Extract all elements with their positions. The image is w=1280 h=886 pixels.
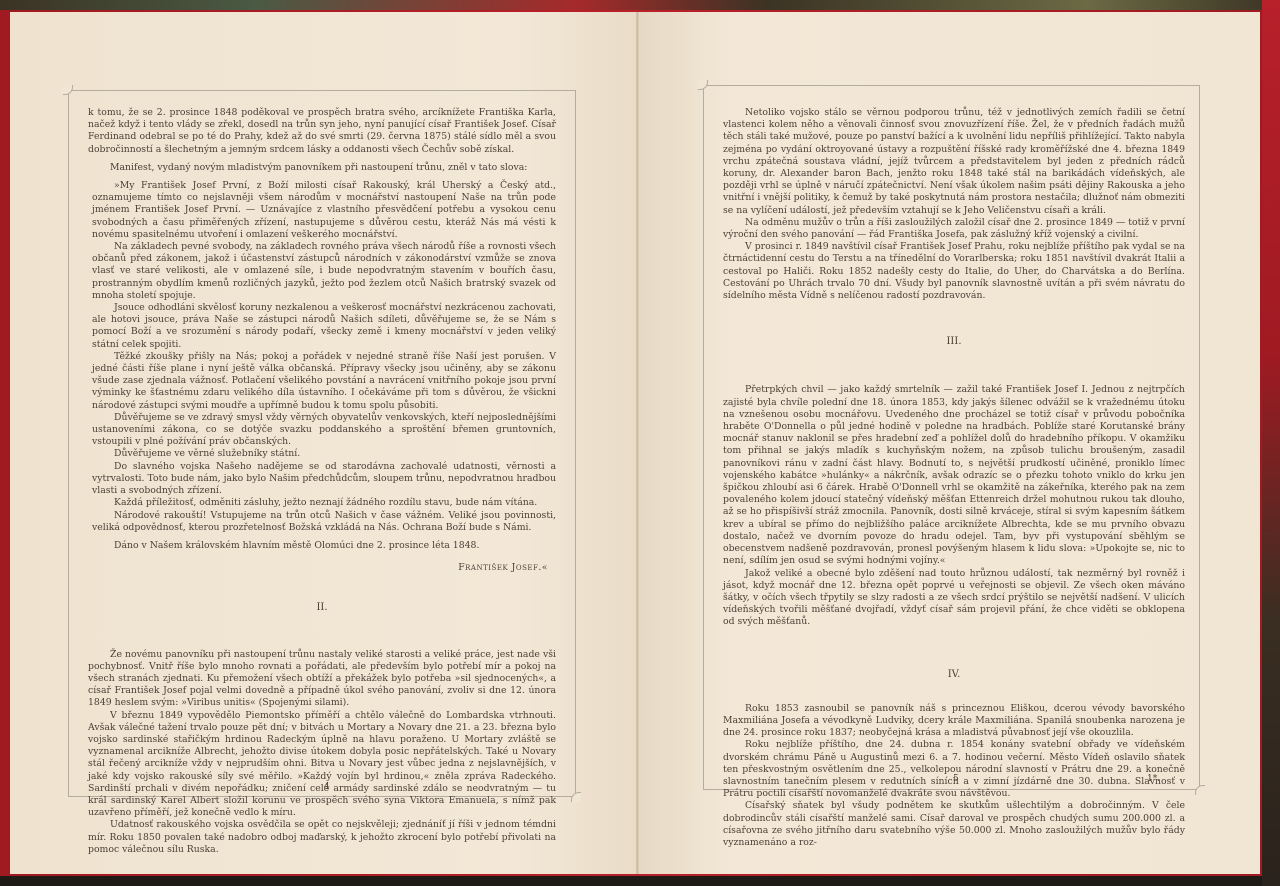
manifest-paragraph: Na základech pevné svobody, na základech… (88, 241, 556, 302)
section-heading-iv: IV. (723, 669, 1185, 681)
paragraph: Že novému panovníku při nastoupení trůnu… (88, 649, 556, 710)
paragraph: Roku nejblíže příštího, dne 24. dubna r.… (723, 739, 1185, 800)
paragraph: Udatnosť rakouského vojska osvědčila se … (88, 819, 556, 856)
right-page-number: 5 (953, 774, 959, 784)
manifest-paragraph: Důvěřujeme ve věrné služebníky státní. (88, 448, 556, 460)
manifest-paragraph: Každá příležitosť, odměniti zásluhy, jež… (88, 497, 556, 509)
paragraph: Jakož veliké a obecné bylo zděšení nad t… (723, 568, 1185, 629)
cover-bottom-edge (0, 876, 1280, 886)
right-page-text: Netoliko vojsko stálo se věrnou podporou… (723, 107, 1185, 849)
paragraph: Přetrpkých chvil — jako každý smrtelník … (723, 384, 1185, 567)
section-heading-ii: II. (88, 602, 556, 614)
paragraph: Císařský sňatek byl všudy podnětem ke sk… (723, 800, 1185, 849)
paragraph: Na odměnu mužův o trůn a říši zasloužilý… (723, 217, 1185, 241)
manifest-dateline: Dáno v Našem královském hlavním městě Ol… (88, 540, 556, 552)
left-page-number: 4 (324, 782, 330, 792)
manifest-paragraph: Jsouce odhodláni skvělosť koruny nezkale… (88, 302, 556, 351)
paragraph: Netoliko vojsko stálo se věrnou podporou… (723, 107, 1185, 217)
manifest-signature: František Josef.« (88, 562, 556, 574)
left-page-text: k tomu, že se 2. prosince 1848 poděkoval… (88, 107, 556, 856)
signature-mark: 1*. (1147, 774, 1160, 784)
manifest-paragraph: Těžké zkoušky přišly na Nás; pokoj a poř… (88, 351, 556, 412)
manifest-paragraph: Do slavného vojska Našeho nadějeme se od… (88, 461, 556, 498)
cover-top-edge (0, 0, 1280, 10)
paragraph: k tomu, že se 2. prosince 1848 poděkoval… (88, 107, 556, 156)
manifest-paragraph: Důvěřujeme se ve zdravý smysl vždy věrný… (88, 412, 556, 449)
section-heading-iii: III. (723, 336, 1185, 348)
cover-right-edge (1262, 0, 1280, 886)
book-gutter (636, 12, 639, 874)
paragraph: V prosinci r. 1849 navštívil císař Frant… (723, 241, 1185, 302)
manifest-paragraph: »My František Josef První, z Boží milost… (88, 180, 556, 241)
paragraph: Manifest, vydaný novým mladistvým panovn… (88, 162, 556, 174)
paragraph: V březnu 1849 vypovědělo Piemontsko přím… (88, 710, 556, 820)
paragraph: Roku 1853 zasnoubil se panovník náš s pr… (723, 703, 1185, 740)
manifest-paragraph: Národové rakouští! Vstupujeme na trůn ot… (88, 510, 556, 534)
